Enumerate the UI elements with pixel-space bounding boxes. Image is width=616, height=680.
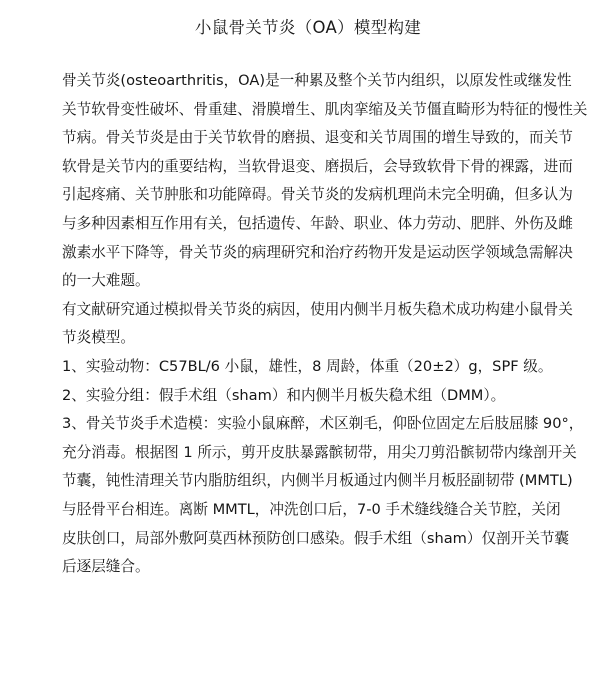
- text-line: 2、实验分组：假手术组（sham）和内侧半月板失稳术组（DMM）。: [62, 382, 602, 411]
- text-line: 皮肤创口，局部外敷阿莫西林预防创口感染。假手术组（sham）仅剖开关节囊: [62, 525, 602, 554]
- text-line: 骨关节炎(osteoarthritis，OA)是一种累及整个关节内组织，以原发性…: [62, 67, 602, 96]
- paragraph-method-intro: 有文献研究通过模拟骨关节炎的病因，使用内侧半月板失稳术成功构建小鼠骨关 节炎模型…: [62, 296, 602, 353]
- text-line: 3、骨关节炎手术造模：实验小鼠麻醉，术区剃毛，仰卧位固定左后肢屈膝 90°，: [62, 410, 602, 439]
- text-line: 引起疼痛、关节肿胀和功能障碍。骨关节炎的发病机理尚未完全明确，但多认为: [62, 181, 602, 210]
- document-body: 骨关节炎(osteoarthritis，OA)是一种累及整个关节内组织，以原发性…: [62, 67, 602, 582]
- text-line: 节囊，钝性清理关节内脂肪组织，内侧半月板通过内侧半月板胫副韧带 (MMTL): [62, 467, 602, 496]
- list-item-experimental-groups: 2、实验分组：假手术组（sham）和内侧半月板失稳术组（DMM）。: [62, 382, 602, 411]
- text-line: 充分消毒。根据图 1 所示，剪开皮肤暴露髌韧带，用尖刀剪沿髌韧带内缘剖开关: [62, 439, 602, 468]
- text-line: 节炎模型。: [62, 324, 602, 353]
- text-line: 后逐层缝合。: [62, 553, 602, 582]
- text-line: 关节软骨变性破坏、骨重建、滑膜增生、肌肉挛缩及关节僵直畸形为特征的慢性关: [62, 96, 602, 125]
- text-line: 与多种因素相互作用有关，包括遗传、年龄、职业、体力劳动、肥胖、外伤及雌: [62, 210, 602, 239]
- text-line: 与胫骨平台相连。离断 MMTL，冲洗创口后，7-0 手术缝线缝合关节腔，关闭: [62, 496, 602, 525]
- page-title: 小鼠骨关节炎（OA）模型构建: [0, 14, 616, 38]
- list-item-surgical-modeling: 3、骨关节炎手术造模：实验小鼠麻醉，术区剃毛，仰卧位固定左后肢屈膝 90°， 充…: [62, 410, 602, 582]
- text-line: 激素水平下降等，骨关节炎的病理研究和治疗药物开发是运动医学领域急需解决: [62, 239, 602, 268]
- document-page: 小鼠骨关节炎（OA）模型构建 骨关节炎(osteoarthritis，OA)是一…: [0, 0, 616, 680]
- text-line: 1、实验动物：C57BL/6 小鼠，雄性，8 周龄，体重（20±2）g，SPF …: [62, 353, 602, 382]
- text-line: 有文献研究通过模拟骨关节炎的病因，使用内侧半月板失稳术成功构建小鼠骨关: [62, 296, 602, 325]
- text-line: 软骨是关节内的重要结构，当软骨退变、磨损后，会导致软骨下骨的裸露，进而: [62, 153, 602, 182]
- text-line: 的一大难题。: [62, 267, 602, 296]
- list-item-experimental-animals: 1、实验动物：C57BL/6 小鼠，雄性，8 周龄，体重（20±2）g，SPF …: [62, 353, 602, 382]
- text-line: 节病。骨关节炎是由于关节软骨的磨损、退变和关节周围的增生导致的，而关节: [62, 124, 602, 153]
- paragraph-intro: 骨关节炎(osteoarthritis，OA)是一种累及整个关节内组织，以原发性…: [62, 67, 602, 296]
